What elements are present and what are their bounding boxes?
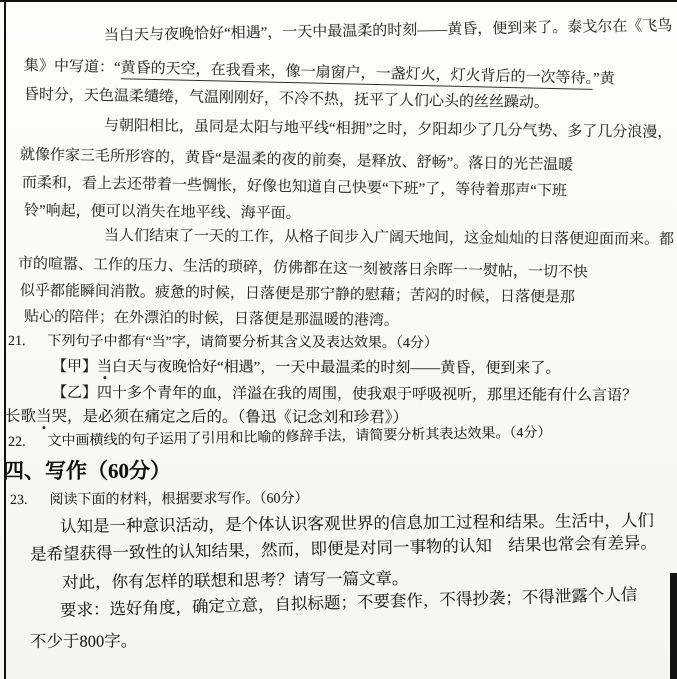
passage-line: 市的喧嚣、工作的压力、生活的琐碎，仿佛都在这一刻被落日余晖一一熨帖，一切不快: [18, 252, 588, 282]
passage-line: 似乎都能瞬间消散。疲惫的时候，日落便是那宁静的慰藉；苦闷的时候，日落便是那: [20, 279, 575, 307]
question-text: 文中画横线的句子运用了引用和比喻的修辞手法，请简要分析其表达效果。（4分）: [47, 426, 551, 450]
example-text: 哭，是必须在痛定之后的。（鲁迅《记念刘和珍君》）: [51, 408, 408, 426]
passage-line: 昏时分，天色温柔缱绻，气温刚刚好，不冷不热，抚平了人们心头的丝丝躁动。: [24, 83, 549, 112]
passage-line: 当人们结束了一天的工作，从格子间步入广阔天地间，这金灿灿的日落便迎面而来。都: [104, 224, 674, 249]
passage-line: 贴心的陪伴；在外漂泊的时候，日落便是那温暖的港湾。: [24, 305, 399, 330]
passage-line: 当白天与夜晚恰好“相遇”，一天中最温柔的时刻——黄昏，便到来了。泰戈尔在《飞鸟: [104, 14, 673, 45]
section-heading-writing: 四、写作（60分）: [3, 455, 171, 485]
question-number: 22.: [8, 435, 26, 450]
question-21-example-yi-continued: 长歌当哭，是必须在痛定之后的。（鲁迅《记念刘和珍君》）: [5, 404, 408, 427]
material-line: 不少于800字。: [30, 627, 137, 652]
scan-edge-top: [0, 0, 677, 2]
passage-text: 集》中写道：“: [24, 58, 121, 76]
example-label: 【甲】: [52, 359, 97, 375]
example-text: 白天与夜晚恰好“相遇”，一天中最温柔的时刻——黄昏，便到来了。: [112, 359, 560, 377]
passage-line: 就像作家三毛所形容的，黄昏“是温柔的夜的前奏，是释放、舒畅”。落日的光芒温暖: [20, 143, 574, 175]
question-21-example-jia: 【甲】当白天与夜晚恰好“相遇”，一天中最温柔的时刻——黄昏，便到来了。: [52, 355, 560, 378]
question-text: 阅读下面的材料，根据要求写作。（60分）: [49, 491, 308, 507]
question-number: 23.: [10, 493, 28, 508]
scan-edge-left: [4, 0, 6, 679]
question-21-example-yi: 【乙】四十多个青年的血，洋溢在我的周围，使我艰于呼吸视听，那里还能有什么言语？: [52, 381, 637, 405]
passage-line: 而柔和，看上去还带着一些惆怅，好像也知道自己快要“下班”了，等待着那声“下班: [22, 171, 567, 201]
emphasis-dot-char: 当: [97, 359, 112, 375]
example-text: 长歌: [5, 408, 36, 425]
scan-edge-right-bar: [670, 573, 677, 679]
emphasis-dot-char: 当: [36, 408, 52, 425]
question-21: 21.下列句子中都有“当”字，请简要分析其含义及表达效果。（4分）: [8, 330, 438, 352]
question-23: 23.阅读下面的材料，根据要求写作。（60分）: [10, 487, 309, 509]
passage-line: 集》中写道：“黄昏的天空，在我看来，像一扇窗户，一盏灯火，灯火背后的一次等待。”…: [24, 54, 615, 88]
question-text: 下列句子中都有“当”字，请简要分析其含义及表达效果。（4分）: [47, 334, 438, 351]
passage-text: ”黄: [593, 71, 615, 87]
exam-page: 当白天与夜晚恰好“相遇”，一天中最温柔的时刻——黄昏，便到来了。泰戈尔在《飞鸟 …: [0, 0, 677, 679]
question-number: 21.: [8, 334, 26, 349]
passage-line: 与朝阳相比，虽同是太阳与地平线“相拥”之时，夕阳却少了几分气势、多了几分浪漫，: [104, 114, 673, 142]
passage-line: 铃”响起，便可以消失在地平线、海平面。: [24, 199, 301, 223]
